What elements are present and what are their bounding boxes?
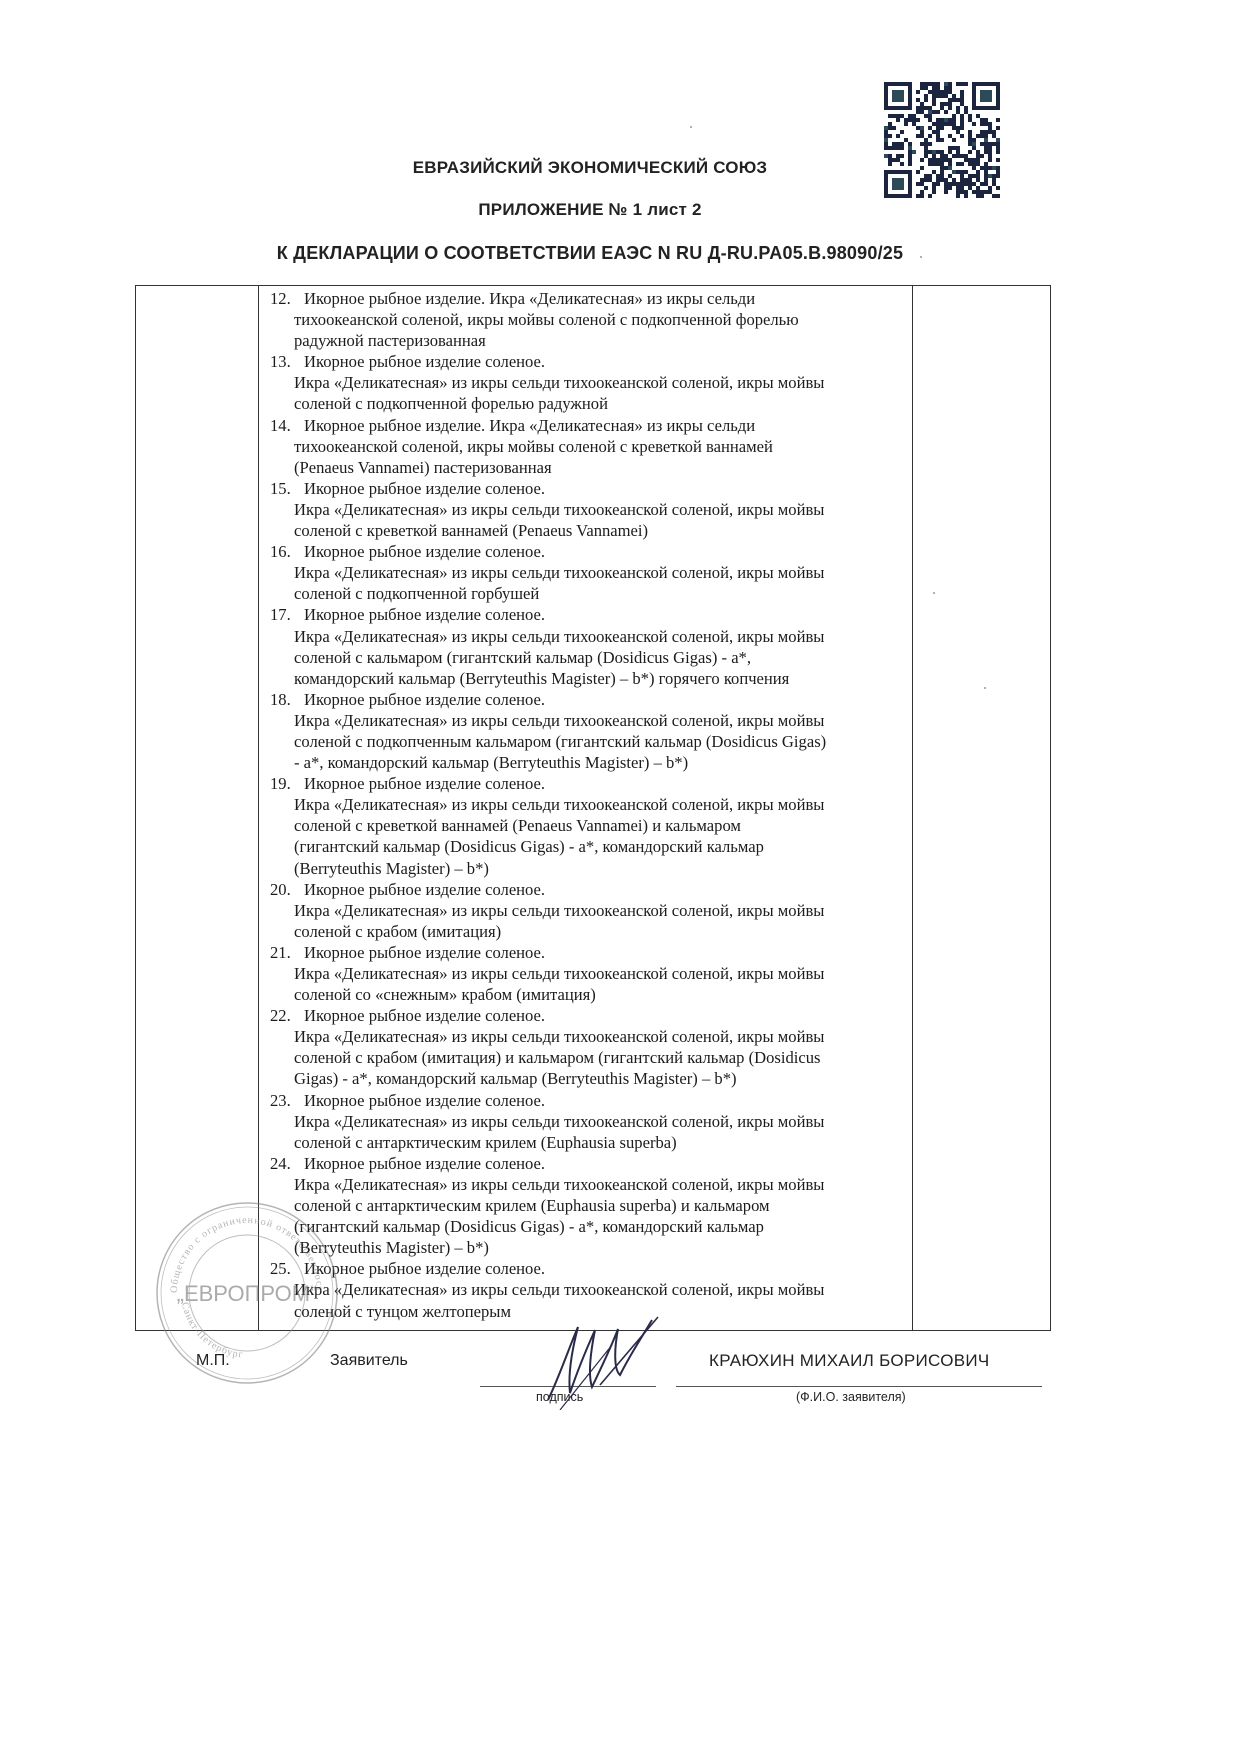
item-title: Икорное рыбное изделие соленое. — [270, 351, 910, 372]
item-description-line: Икра «Деликатесная» из икры сельди тихоо… — [270, 794, 910, 815]
item-number: 17. — [270, 604, 291, 625]
item-description-line: соленой с крабом (имитация) — [270, 921, 910, 942]
list-item: 14.Икорное рыбное изделие. Икра «Деликат… — [270, 415, 910, 478]
union-title: ЕВРАЗИЙСКИЙ ЭКОНОМИЧЕСКИЙ СОЮЗ — [0, 158, 1180, 178]
item-title: Икорное рыбное изделие. Икра «Деликатесн… — [270, 288, 910, 309]
list-item: 23.Икорное рыбное изделие соленое.Икра «… — [270, 1090, 910, 1153]
column-divider — [912, 286, 913, 1330]
item-title: Икорное рыбное изделие соленое. — [270, 1153, 910, 1174]
item-description-line: Икра «Деликатесная» из икры сельди тихоо… — [270, 1111, 910, 1132]
item-number: 16. — [270, 541, 291, 562]
item-number: 12. — [270, 288, 291, 309]
item-description-line: Икра «Деликатесная» из икры сельди тихоо… — [270, 562, 910, 583]
item-number: 20. — [270, 879, 291, 900]
applicant-name: КРАЮХИН МИХАИЛ БОРИСОВИЧ — [709, 1351, 990, 1371]
item-description-line: Икра «Деликатесная» из икры сельди тихоо… — [270, 710, 910, 731]
item-description-line: (Berryteuthis Magister) – b*) — [270, 1237, 910, 1258]
name-line — [676, 1386, 1042, 1387]
item-description-line: Икра «Деликатесная» из икры сельди тихоо… — [270, 626, 910, 647]
item-description-line: соленой с подкопченной форелью радужной — [270, 393, 910, 414]
item-title: Икорное рыбное изделие соленое. — [270, 1258, 910, 1279]
item-description-line: Икра «Деликатесная» из икры сельди тихоо… — [270, 1279, 910, 1300]
item-description-line: (Berryteuthis Magister) – b*) — [270, 858, 910, 879]
list-item: 15.Икорное рыбное изделие соленое.Икра «… — [270, 478, 910, 541]
item-number: 23. — [270, 1090, 291, 1111]
item-title: Икорное рыбное изделие соленое. — [270, 604, 910, 625]
list-item: 21.Икорное рыбное изделие соленое.Икра «… — [270, 942, 910, 1005]
list-item: 18.Икорное рыбное изделие соленое.Икра «… — [270, 689, 910, 773]
handwritten-signature-icon — [540, 1315, 670, 1410]
item-number: 22. — [270, 1005, 291, 1026]
item-title: Икорное рыбное изделие соленое. — [270, 1005, 910, 1026]
item-number: 15. — [270, 478, 291, 499]
item-description-line: (гигантский кальмар (Dosidicus Gigas) - … — [270, 836, 910, 857]
item-description-line: Икра «Деликатесная» из икры сельди тихоо… — [270, 499, 910, 520]
item-title: Икорное рыбное изделие соленое. — [270, 541, 910, 562]
stamp-center-text: „ЕВРОПРОМ“ — [177, 1281, 318, 1306]
item-number: 19. — [270, 773, 291, 794]
item-description-line: соленой с креветкой ваннамей (Penaeus Va… — [270, 815, 910, 836]
list-item: 20.Икорное рыбное изделие соленое.Икра «… — [270, 879, 910, 942]
item-description-line: соленой с подкопченным кальмаром (гигант… — [270, 731, 910, 752]
declaration-title: К ДЕКЛАРАЦИИ О СООТВЕТСТВИИ ЕАЭС N RU Д-… — [0, 243, 1180, 264]
item-description-line: Икра «Деликатесная» из икры сельди тихоо… — [270, 1026, 910, 1047]
item-description-line: (Penaeus Vannamei) пастеризованная — [270, 457, 910, 478]
item-description-line: радужной пастеризованная — [270, 330, 910, 351]
item-description-line: Икра «Деликатесная» из икры сельди тихоо… — [270, 900, 910, 921]
item-title: Икорное рыбное изделие соленое. — [270, 773, 910, 794]
annex-title: ПРИЛОЖЕНИЕ № 1 лист 2 — [0, 200, 1180, 220]
company-stamp-icon: Общество с ограниченной ответственностью… — [152, 1198, 342, 1388]
item-description-line: соленой с креветкой ваннамей (Penaeus Va… — [270, 520, 910, 541]
list-item: 19.Икорное рыбное изделие соленое.Икра «… — [270, 773, 910, 878]
item-number: 18. — [270, 689, 291, 710]
item-description-line: соленой с кальмаром (гигантский кальмар … — [270, 647, 910, 668]
item-title: Икорное рыбное изделие соленое. — [270, 478, 910, 499]
item-description-line: соленой с крабом (имитация) и кальмаром … — [270, 1047, 910, 1068]
item-number: 14. — [270, 415, 291, 436]
item-number: 13. — [270, 351, 291, 372]
svg-text:Общество с ограниченной ответс: Общество с ограниченной ответственностью — [152, 1198, 325, 1293]
item-description-line: тихоокеанской соленой, икры мойвы солено… — [270, 436, 910, 457]
item-number: 21. — [270, 942, 291, 963]
item-description-line: - a*, командорский кальмар (Berryteuthis… — [270, 752, 910, 773]
item-title: Икорное рыбное изделие соленое. — [270, 942, 910, 963]
list-item: 13.Икорное рыбное изделие соленое.Икра «… — [270, 351, 910, 414]
item-number: 24. — [270, 1153, 291, 1174]
item-title: Икорное рыбное изделие соленое. — [270, 879, 910, 900]
item-description-line: Икра «Деликатесная» из икры сельди тихоо… — [270, 372, 910, 393]
seal-label: М.П. — [196, 1352, 230, 1370]
scan-speck — [933, 592, 935, 594]
item-description-line: соленой с антарктическим крилем (Euphaus… — [270, 1195, 910, 1216]
list-item: 16.Икорное рыбное изделие соленое.Икра «… — [270, 541, 910, 604]
list-item: 24.Икорное рыбное изделие соленое.Икра «… — [270, 1153, 910, 1258]
item-description-line: (гигантский кальмар (Dosidicus Gigas) - … — [270, 1216, 910, 1237]
list-item: 17.Икорное рыбное изделие соленое.Икра «… — [270, 604, 910, 688]
item-description-line: соленой с антарктическим крилем (Euphaus… — [270, 1132, 910, 1153]
scan-speck — [984, 687, 986, 689]
list-item: 25.Икорное рыбное изделие соленое.Икра «… — [270, 1258, 910, 1321]
item-title: Икорное рыбное изделие. Икра «Деликатесн… — [270, 415, 910, 436]
list-item: 12.Икорное рыбное изделие. Икра «Деликат… — [270, 288, 910, 351]
qr-code-icon — [884, 82, 1000, 198]
item-description-line: тихоокеанской соленой, икры мойвы солено… — [270, 309, 910, 330]
item-description-line: Икра «Деликатесная» из икры сельди тихоо… — [270, 1174, 910, 1195]
item-description-line: Gigas) - a*, командорский кальмар (Berry… — [270, 1068, 910, 1089]
scan-speck — [920, 256, 922, 258]
item-description-line: Икра «Деликатесная» из икры сельди тихоо… — [270, 963, 910, 984]
scan-speck — [690, 126, 692, 128]
name-caption: (Ф.И.О. заявителя) — [796, 1390, 906, 1404]
item-title: Икорное рыбное изделие соленое. — [270, 1090, 910, 1111]
product-list: 12.Икорное рыбное изделие. Икра «Деликат… — [270, 288, 910, 1322]
item-title: Икорное рыбное изделие соленое. — [270, 689, 910, 710]
item-description-line: соленой с подкопченной горбушей — [270, 583, 910, 604]
item-description-line: соленой со «снежным» крабом (имитация) — [270, 984, 910, 1005]
applicant-label: Заявитель — [330, 1352, 408, 1370]
stamp-ring-top: Общество с ограниченной ответственностью — [152, 1198, 325, 1293]
list-item: 22.Икорное рыбное изделие соленое.Икра «… — [270, 1005, 910, 1089]
column-divider — [258, 286, 259, 1330]
item-description-line: командорский кальмар (Berryteuthis Magis… — [270, 668, 910, 689]
